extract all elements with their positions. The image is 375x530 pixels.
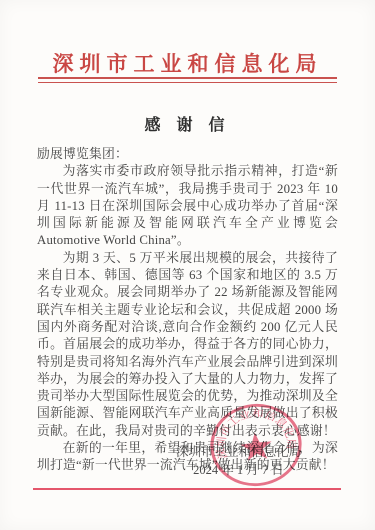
- signature-block: 深圳市工业和信息化局 2024 年 1 月 7 日: [176, 444, 301, 479]
- recipient-line: 励展博览集团：: [37, 146, 338, 163]
- paragraph-1: 为落实市委市政府领导批示指示精神，打造“新一代世界一流汽车城”，我局携手贵司于 …: [37, 163, 338, 249]
- letter-page: 深圳市工业和信息化局 感 谢 信 励展博览集团： 为落实市委市政府领导批示指示精…: [0, 0, 375, 530]
- footer-rule: [33, 488, 341, 490]
- letter-title: 感 谢 信: [0, 112, 375, 135]
- signature-date: 2024 年 1 月 7 日: [176, 462, 301, 480]
- paragraph-2: 为期 3 天、5 万平米展出规模的展会，共接待了来自日本、韩国、德国等 63 个…: [37, 250, 338, 440]
- header-rule: [38, 77, 337, 83]
- letter-body: 励展博览集团： 为落实市委市政府领导批示指示精神，打造“新一代世界一流汽车城”，…: [37, 146, 338, 475]
- signature-name: 深圳市工业和信息化局: [176, 444, 301, 462]
- agency-header: 深圳市工业和信息化局: [0, 48, 375, 78]
